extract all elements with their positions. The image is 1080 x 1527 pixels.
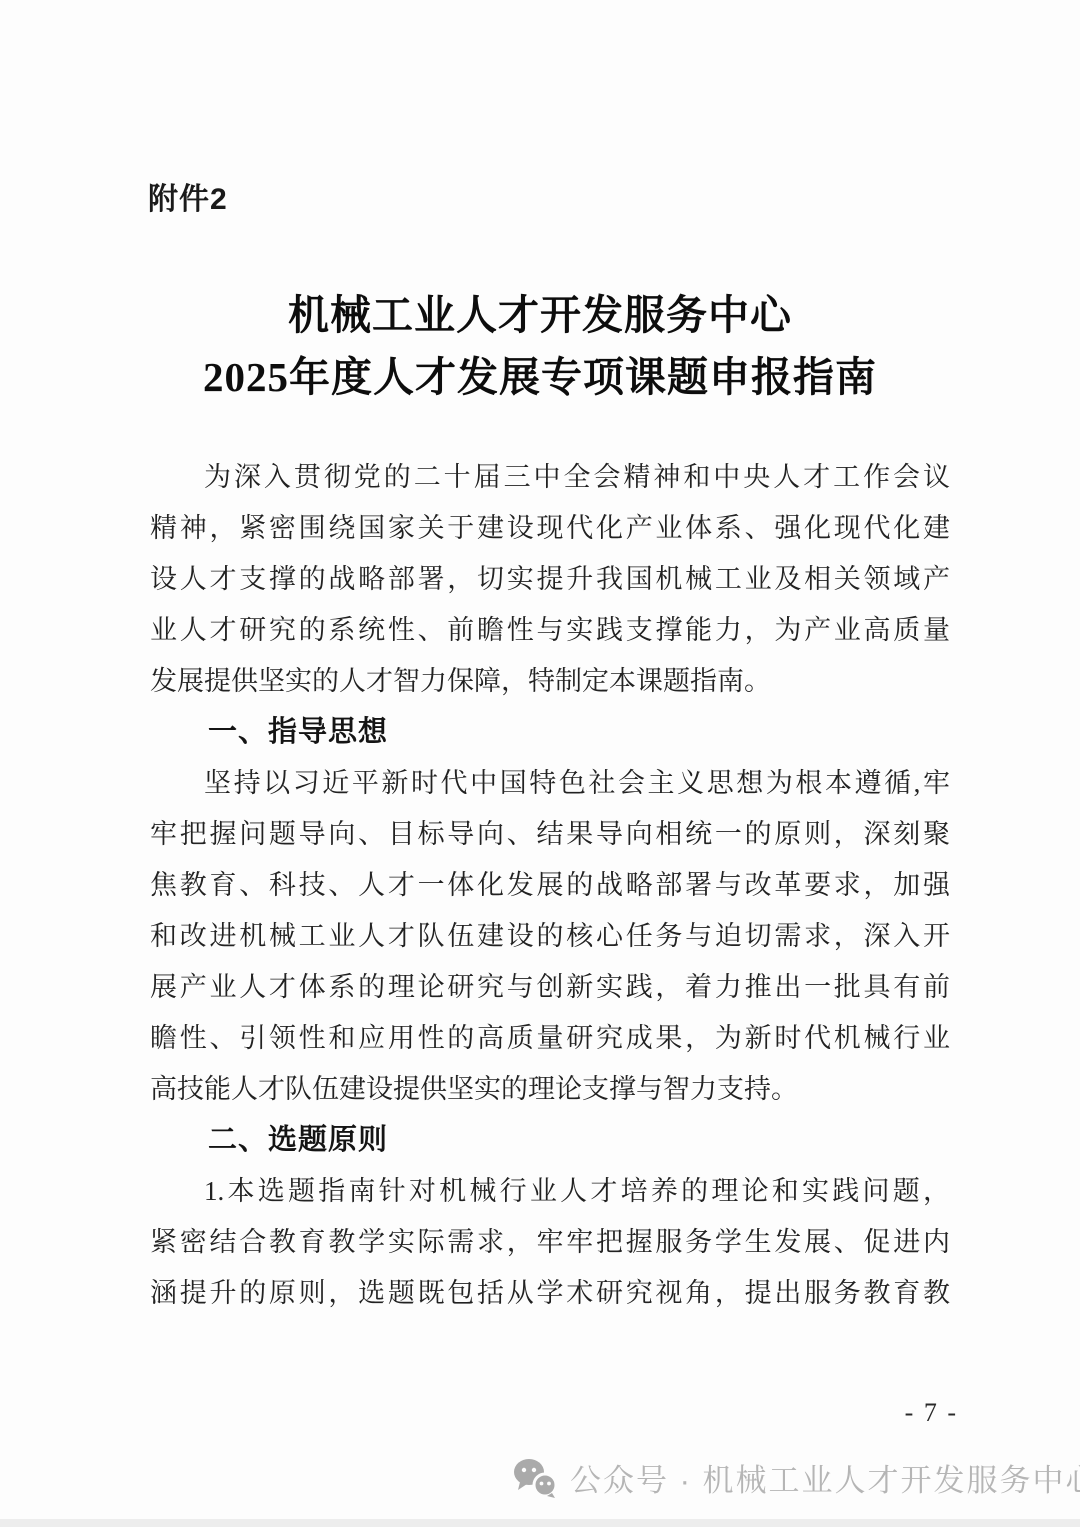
document-body: 为深入贯彻党的二十届三中全会精神和中央人才工作会议 精神，紧密围绕国家关于建设现… [150, 452, 950, 1319]
guiding-line: 坚持以习近平新时代中国特色社会主义思想为根本遵循,牢 [150, 758, 950, 809]
attachment-label: 附件2 [148, 174, 228, 218]
page-number: - 7 - [905, 1398, 958, 1428]
intro-line: 业人才研究的系统性、前瞻性与实践支撑能力，为产业高质量 [150, 605, 950, 656]
intro-line: 设人才支撑的战略部署，切实提升我国机械工业及相关领域产 [150, 554, 950, 605]
guiding-line: 和改进机械工业人才队伍建设的核心任务与迫切需求，深入开 [150, 911, 950, 962]
guiding-line: 牢把握问题导向、目标导向、结果导向相统一的原则，深刻聚 [150, 809, 950, 860]
watermark: 公众号 · 机械工业人才开发服务中心 [512, 1455, 1080, 1500]
watermark-text: 公众号 · 机械工业人才开发服务中心 [570, 1455, 1080, 1500]
guiding-line: 瞻性、引领性和应用性的高质量研究成果，为新时代机械行业 [150, 1013, 950, 1064]
guiding-line: 展产业人才体系的理论研究与创新实践，着力推出一批具有前 [150, 962, 950, 1013]
document-title: 机械工业人才开发服务中心 2025年度人才发展专项课题申报指南 [90, 284, 990, 408]
guiding-line: 焦教育、科技、人才一体化发展的战略部署与改革要求，加强 [150, 860, 950, 911]
scan-edge-strip [0, 1519, 1080, 1527]
principles-line: 涵提升的原则，选题既包括从学术研究视角，提出服务教育教 [150, 1268, 950, 1319]
guiding-line: 高技能人才队伍建设提供坚实的理论支撑与智力支持。 [150, 1064, 950, 1115]
section-heading-topic-principles: 二、选题原则 [150, 1115, 950, 1166]
intro-line: 精神，紧密围绕国家关于建设现代化产业体系、强化现代化建 [150, 503, 950, 554]
section-heading-guiding-thought: 一、指导思想 [150, 707, 950, 758]
title-line-1: 机械工业人才开发服务中心 [90, 284, 990, 346]
wechat-icon [512, 1457, 558, 1499]
principles-line: 紧密结合教育教学实际需求，牢牢把握服务学生发展、促进内 [150, 1217, 950, 1268]
document-page: 附件2 机械工业人才开发服务中心 2025年度人才发展专项课题申报指南 为深入贯… [0, 0, 1080, 1527]
title-line-2: 2025年度人才发展专项课题申报指南 [90, 346, 990, 408]
principles-line: 1.本选题指南针对机械行业人才培养的理论和实践问题， [150, 1166, 950, 1217]
intro-line: 发展提供坚实的人才智力保障，特制定本课题指南。 [150, 656, 950, 707]
intro-line: 为深入贯彻党的二十届三中全会精神和中央人才工作会议 [150, 452, 950, 503]
